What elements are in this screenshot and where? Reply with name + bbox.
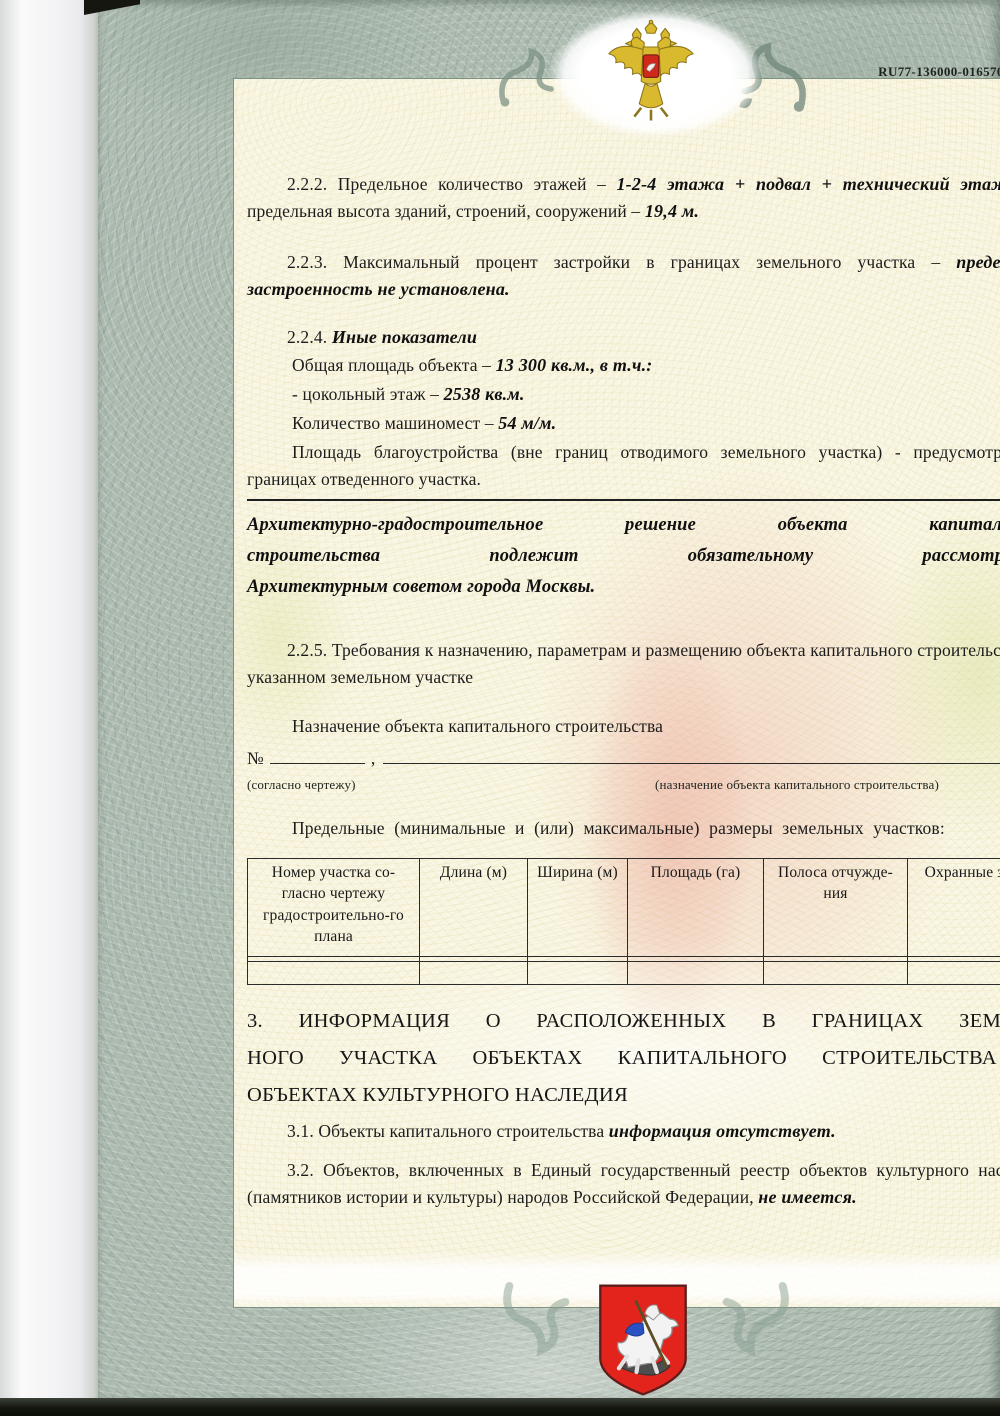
- ornament-scroll-icon: [496, 1270, 576, 1366]
- p31-text: 3.1. Объекты капитального строительства: [287, 1121, 609, 1141]
- parking-value: 54 м/м.: [498, 413, 556, 433]
- arch-line1: Архитектурно-градостроительное решение о…: [247, 510, 1000, 541]
- section3-line2: НОГО УЧАСТКА ОБЪЕКТАХ КАПИТАЛЬНОГО СТРОИ…: [247, 1040, 1000, 1077]
- section3-line1: 3. ИНФОРМАЦИЯ О РАСПОЛОЖЕННЫХ В ГРАНИЦАХ…: [247, 1003, 1000, 1040]
- caption-purpose: (назначение объекта капитального строите…: [547, 771, 1000, 798]
- col-header-plot-number: Номер участка со-гласно чертежу градостр…: [248, 858, 420, 956]
- p224-title: Иные показатели: [332, 327, 477, 347]
- ornament-scroll-icon: [716, 1270, 796, 1366]
- scanned-document-page: RU77-136000-016570: [0, 0, 1000, 1416]
- table-cell: [628, 961, 764, 984]
- paragraph-3-2: 3.2. Объектов, включенных в Единый госуд…: [247, 1157, 1000, 1211]
- form-captions: (согласно чертежу) (назначение объекта к…: [247, 771, 1000, 791]
- p222-value-floors: 1-2-4 этажа + подвал + технический этаж: [616, 174, 1000, 194]
- p224-number: 2.2.4.: [287, 327, 332, 347]
- paragraph-architectural-decision: Архитектурно-градостроительное решение о…: [247, 510, 1000, 603]
- book-page-edge: [0, 0, 98, 1416]
- p222-text: 2.2.2. Предельное количество этажей –: [287, 174, 616, 194]
- horizontal-rule: [247, 499, 1000, 501]
- table-empty-row: [248, 961, 1000, 984]
- section3-line3: ОБЪЕКТАХ КУЛЬТУРНОГО НАСЛЕДИЯ: [247, 1077, 1000, 1114]
- table-cell: [528, 961, 628, 984]
- paragraph-2-2-3: 2.2.3. Максимальный процент застройки в …: [247, 249, 1000, 303]
- table-header-row: Номер участка со-гласно чертежу градостр…: [248, 858, 1000, 956]
- caption-per-drawing: (согласно чертежу): [247, 771, 356, 798]
- russia-coat-of-arms-icon: [602, 18, 700, 124]
- col-header-width: Ширина (м): [528, 858, 628, 956]
- document-number: RU77-136000-016570: [836, 64, 1000, 80]
- arch-line3: Архитектурным советом города Москвы.: [247, 572, 1000, 603]
- parking-label: Количество машиномест –: [292, 413, 498, 433]
- total-area-value: 13 300 кв.м., в т.ч.:: [496, 355, 653, 375]
- basement-value: 2538 кв.м.: [444, 384, 525, 404]
- land-plot-sizes-table: Номер участка со-гласно чертежу градостр…: [247, 858, 1000, 985]
- separator-comma: ,: [371, 748, 376, 768]
- p223-text: 2.2.3. Максимальный процент застройки в …: [287, 252, 956, 272]
- heading-2-2-4: 2.2.4. Иные показатели: [247, 323, 1000, 351]
- line-total-area: Общая площадь объекта – 13 300 кв.м., в …: [247, 351, 1000, 380]
- p32-text: 3.2. Объектов, включенных в Единый госуд…: [247, 1160, 1000, 1207]
- blank-number-field: [270, 745, 365, 764]
- certificate-green-border: RU77-136000-016570: [98, 0, 1000, 1402]
- inner-sheet: 2.2.2. Предельное количество этажей – 1-…: [233, 78, 1000, 1308]
- table-cell: [764, 961, 908, 984]
- number-form-line: №,: [247, 745, 1000, 771]
- col-header-length: Длина (м): [420, 858, 528, 956]
- moscow-coat-of-arms-icon: [595, 1282, 691, 1398]
- p222-value-height: 19,4 м.: [645, 201, 699, 221]
- table-cell: [420, 961, 528, 984]
- total-area-label: Общая площадь объекта –: [292, 355, 496, 375]
- paragraph-2-2-2: 2.2.2. Предельное количество этажей – 1-…: [247, 171, 1000, 225]
- line-landscaping: Площадь благоустройства (вне границ отво…: [247, 439, 1000, 493]
- p32-value: не имеется.: [758, 1187, 857, 1207]
- line-parking: Количество машиномест – 54 м/м.: [247, 409, 1000, 438]
- line-basement: - цокольный этаж – 2538 кв.м.: [247, 380, 1000, 409]
- table-cell: [248, 961, 420, 984]
- paragraph-3-1: 3.1. Объекты капитального строительства …: [247, 1118, 1000, 1145]
- basement-label: - цокольный этаж –: [292, 384, 444, 404]
- number-sign-label: №: [247, 748, 264, 768]
- col-header-right-of-way: Полоса отчужде-ния: [764, 858, 908, 956]
- scan-bottom-shadow: [0, 1398, 1000, 1416]
- table-cell: [908, 961, 1000, 984]
- p31-value: информация отсутствует.: [609, 1121, 836, 1141]
- blank-purpose-field: [383, 745, 1000, 764]
- document-text-block: 2.2.2. Предельное количество этажей – 1-…: [247, 79, 1000, 1211]
- col-header-protected-zones: Охранные зоны: [908, 858, 1000, 956]
- arch-line2: строительства подлежит обязательному рас…: [247, 541, 1000, 572]
- col-header-area: Площадь (га): [628, 858, 764, 956]
- purpose-title: Назначение объекта капитального строител…: [247, 713, 1000, 740]
- sizes-intro-line: Предельные (минимальные и (или) максимал…: [247, 815, 1000, 842]
- paragraph-2-2-5: 2.2.5. Требования к назначению, параметр…: [247, 637, 1000, 691]
- section-3-heading: 3. ИНФОРМАЦИЯ О РАСПОЛОЖЕННЫХ В ГРАНИЦАХ…: [247, 1003, 1000, 1114]
